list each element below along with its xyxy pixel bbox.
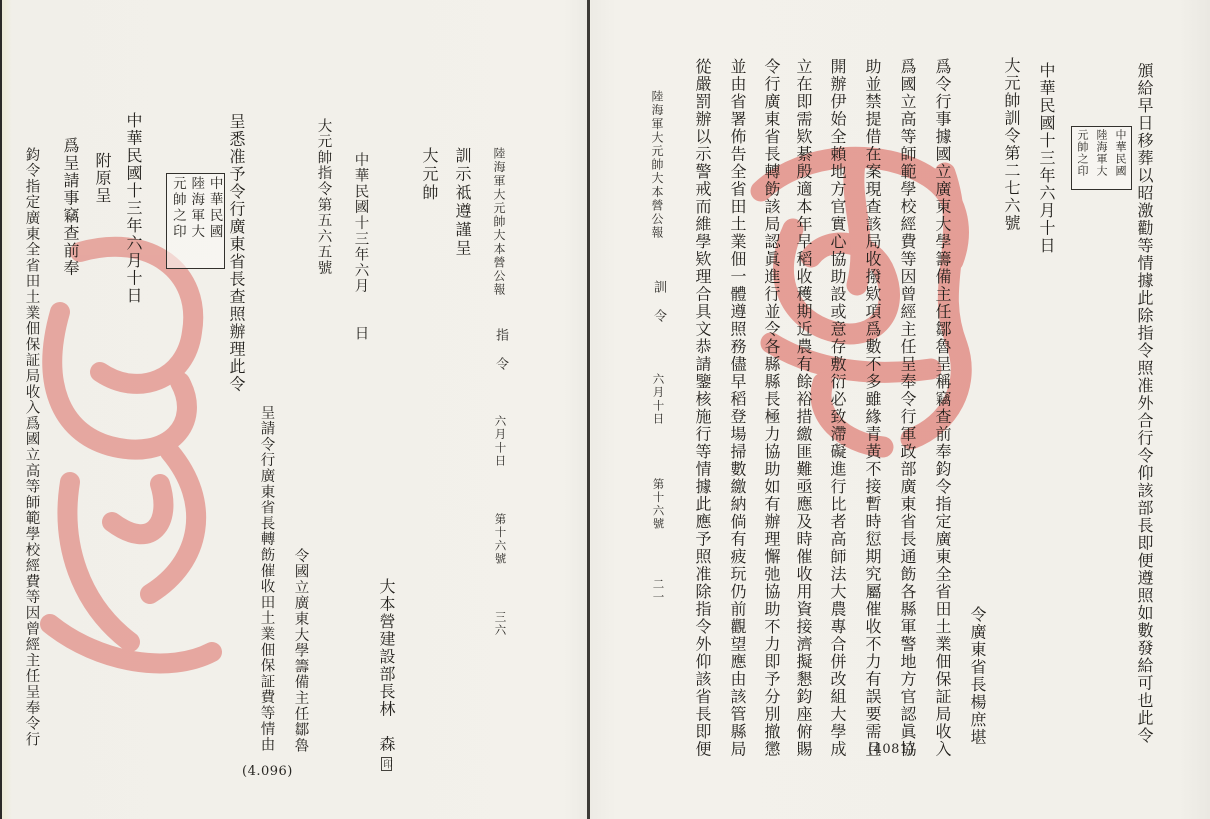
spine-section-label: 訓 令 [652, 280, 665, 324]
order-number-column: 大元帥指令第五六五號 [316, 118, 331, 276]
text-column: 呈悉准予令行廣東省長查照辦理此令 [228, 113, 244, 393]
text-column: 爲國立高等師範學校經費等因曾經主任呈奉令行軍政部廣東省長通飭各縣軍警地方官認眞協 [899, 58, 915, 758]
addressee-column: 令國立廣東大學籌備主任鄒魯 [293, 548, 308, 753]
text-column: 並由省署佈告全省田土業佃一體遵照務儘早稻登場掃數繳納倘有疲玩仍前觀望應由該管縣局 [729, 58, 745, 758]
grand-marshal-seal-box: 中華民國 陸海軍大 元帥之印 [1071, 126, 1132, 190]
addressee-column: 令廣東省長楊庶堪 [969, 606, 985, 746]
signature-text: 大本營建設部長林 森 [377, 578, 396, 753]
text-column: 立在即需欵綦殷適本年早稻收穫期近農有餘裕措繳匪難亟應及時催收用資接濟擬懇鈞座俯賜 [795, 58, 811, 758]
text-column: 助並禁提借在案現查該局收撥欵項爲數不多雖緣青黃不接暫時愆期究屬催收不力有誤要需且 [864, 58, 880, 758]
spine-issue-number: 第十六號 [494, 513, 506, 565]
text-column: 鈞令指定廣東全省田土業佃保証局收入爲國立高等師範學校經費等因曾經主任呈奉令行 [24, 147, 39, 747]
grand-marshal-seal-box: 中華民國 陸海軍大 元帥之印 [166, 173, 225, 269]
left-edge-binding-line [0, 0, 2, 819]
seal-box-line: 陸海軍大 [1096, 129, 1107, 177]
addressee-honorific-column: 大元帥 [421, 147, 437, 203]
date-column: 中華民國十三年六月 日 [353, 152, 368, 342]
closing-column: 訓示祗遵謹呈 [454, 147, 470, 258]
seal-box-line: 元帥之印 [170, 176, 184, 240]
text-column: 爲呈請事竊查前奉 [62, 137, 78, 277]
seal-box-line: 中華民國 [207, 176, 221, 240]
spine-gazette-title: 陸海軍大元帥大本營公報 [651, 90, 663, 240]
seal-box-line: 陸海軍大 [189, 176, 203, 240]
text-column: 爲令行事據國立廣東大學籌備主任鄒魯呈稱竊查前奉鈞令指定廣東全省田土業佃保証局收入 [934, 58, 950, 758]
gutter-divider [587, 0, 590, 819]
gazette-scan-spread: 頒給早日移葬以昭激勸等情據此除指令照准外合行令仰該部長即便遵照如數發給可也此令 … [0, 0, 1210, 819]
subject-column: 呈請令行廣東省長轉飭催收田土業佃保証費等情由 [259, 405, 274, 753]
text-column: 從嚴罰辦以示警戒而維學欵理合具文恭請鑒核施行等情據此應予照准除指令外仰該省長即便 [694, 58, 710, 758]
spine-date: 六月十日 [494, 415, 506, 467]
text-column: 令行廣東省長轉飭該局認眞進行並令各縣縣長極力協助如有辦理懈弛協助不力即予分別撤懲 [763, 58, 779, 758]
signature-column: 大本營建設部長林 森印 [378, 578, 394, 771]
personal-seal-mark: 印 [381, 757, 393, 771]
seal-box-line: 元帥之印 [1077, 129, 1088, 177]
seal-box-line: 中華民國 [1115, 129, 1126, 177]
text-column: 開辦伊始全賴地方官實心協助設或意存敷衍必致滯礙進行比者高師法大農專合併改組大學成 [829, 58, 845, 758]
date-column: 中華民國十三年六月十日 [125, 112, 141, 305]
spine-folio-number: 三六 [494, 611, 506, 637]
spine-gazette-title: 陸海軍大元帥大本營公報 [493, 147, 505, 297]
date-column: 中華民國十三年六月十日 [1038, 62, 1054, 255]
text-column: 頒給早日移葬以昭激勸等情據此除指令照准外合行令仰該部長即便遵照如數發給可也此令 [1136, 62, 1152, 745]
spine-folio-number: 二一 [652, 578, 664, 604]
printed-page-number: (4081) [868, 742, 914, 757]
attachment-note-column: 附原呈 [94, 152, 110, 205]
spine-section-label: 指 令 [494, 328, 507, 372]
spine-date: 六月十日 [652, 373, 664, 425]
order-number-column: 大元帥訓令第二七六號 [1003, 57, 1019, 232]
printed-page-number: (4.096) [242, 764, 293, 779]
spine-issue-number: 第十六號 [652, 478, 664, 530]
